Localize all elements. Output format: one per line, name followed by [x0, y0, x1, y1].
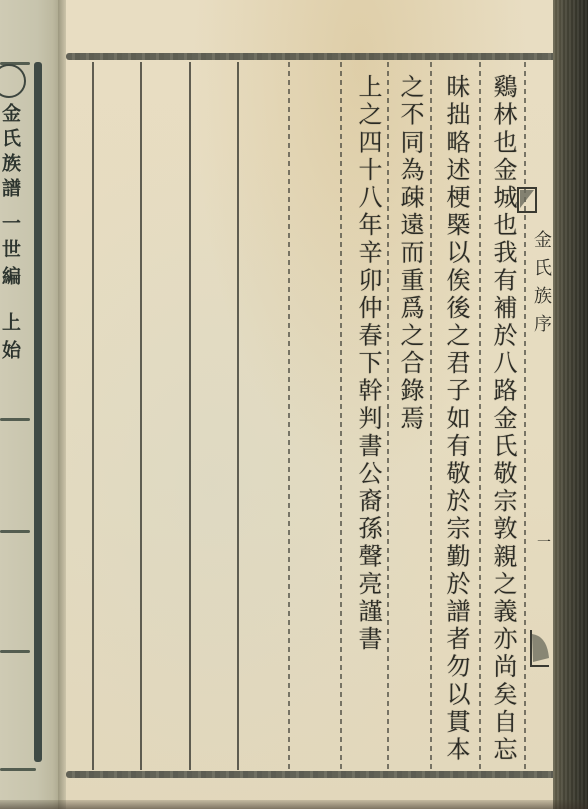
column-rule: [189, 62, 191, 770]
column-rule: [340, 62, 342, 770]
book-fore-edge: [553, 0, 588, 809]
page-top-border: [66, 53, 556, 60]
bottom-shadow: [0, 800, 588, 809]
left-margin-section: 世編: [0, 238, 24, 294]
page-number-mark: 一: [537, 532, 551, 552]
column-rule: [288, 62, 290, 770]
text-column-3: 之不同為疎遠而重爲之合錄焉: [393, 74, 427, 774]
left-margin-thick-rule: [34, 62, 42, 762]
text-column-1: 鷄林也金城也我有補於八路金氏敬宗敦親之義亦尚矣自忘: [486, 74, 520, 774]
text-column-4-colophon: 上之四十八年辛卯仲春下幹判書公裔孫聲亮謹書: [351, 74, 385, 774]
column-rule: [140, 62, 142, 770]
column-rule: [237, 62, 239, 770]
left-margin-part: 上: [0, 310, 24, 332]
left-margin-rule: [0, 650, 30, 653]
page-bottom-border: [66, 771, 556, 778]
left-margin-volume: 一: [0, 212, 24, 232]
text-column-2: 昧拙略述梗槩以俟後之君子如有敬於宗勤於譜者勿以貫本: [439, 74, 473, 774]
left-margin-rule: [0, 530, 30, 533]
left-margin-rule: [0, 418, 30, 421]
column-rule: [479, 62, 481, 770]
column-rule: [430, 62, 432, 770]
left-margin-bottom-rule: [0, 768, 36, 771]
page-heart-title: 金氏族序: [532, 230, 554, 342]
fishtail-top-icon: [516, 186, 538, 214]
column-rule: [524, 62, 526, 770]
column-rule: [92, 62, 94, 770]
left-margin-sub: 始: [0, 338, 24, 360]
left-margin-title: 金氏族譜: [0, 98, 24, 208]
fishtail-bottom-icon: [529, 628, 551, 668]
column-rule: [387, 62, 389, 770]
